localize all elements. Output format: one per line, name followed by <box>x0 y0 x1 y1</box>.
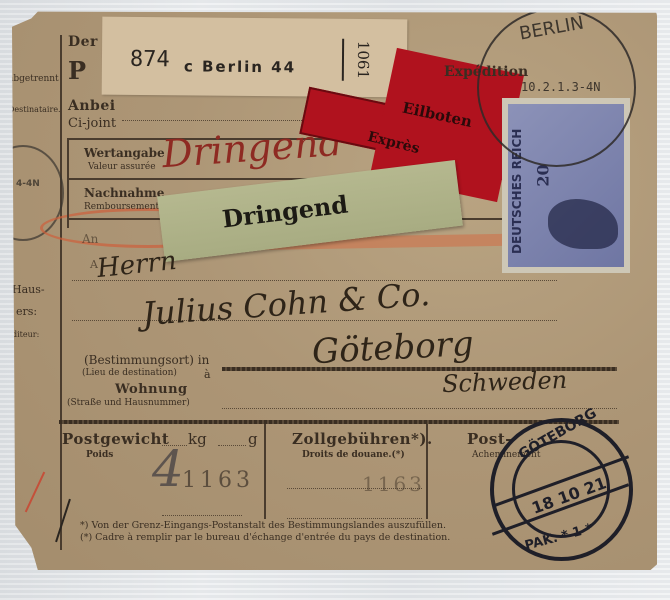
pen-stroke <box>55 499 71 542</box>
customs-label-fr: Droits de douane.(*) <box>302 450 405 460</box>
customs-value: 1163 <box>362 472 425 496</box>
parcel-card: abgetrennt Destinataire. Haus- ers: dite… <box>12 10 657 570</box>
value-label-fr: Valeur assurée <box>88 162 156 172</box>
recipient-name: Julius Cohn & Co. <box>141 275 431 333</box>
header-initial: P <box>68 56 87 85</box>
value-label: Wertangabe <box>84 146 165 160</box>
footnote-de: *) Von der Grenz-Eingangs-Postanstalt de… <box>80 520 446 531</box>
stamp-figure <box>548 199 618 249</box>
destination-label: (Bestimmungsort) in <box>84 353 209 367</box>
margin-label-haus: Haus- <box>12 283 45 296</box>
registration-label: 874 c Berlin 44 1061 <box>102 17 408 98</box>
annex-label-fr: Ci-joint <box>68 116 116 131</box>
registration-side-number: 1061 <box>354 41 372 79</box>
customs-label: Zollgebühren*). <box>292 430 433 448</box>
residence-sub: (Straße und Hausnummer) <box>67 398 190 408</box>
margin-label-abgetrennt: abgetrennt <box>8 74 59 84</box>
margin-label-destinataire: Destinataire. <box>8 105 61 114</box>
goteborg-postmark: GÖTEBORG 18 10 21 PAK. * 1 * <box>490 418 633 561</box>
stamp-value: 20 <box>534 164 553 186</box>
registration-office: c Berlin 44 <box>184 57 296 76</box>
registration-number: 874 <box>130 47 170 72</box>
destination-city: Göteborg <box>311 324 475 372</box>
cod-label: Nachnahme <box>84 186 164 200</box>
margin-label-diteur: diteur: <box>12 330 39 339</box>
annex-label: Anbei <box>68 98 116 114</box>
destination-country: Schweden <box>442 366 568 398</box>
weight-value: 1163 <box>182 468 254 493</box>
urgent-label-text: Dringend <box>221 189 350 233</box>
berlin-postmark: BERLIN 10.2.1.3-4N <box>477 8 636 167</box>
header-fragment: Der <box>68 34 98 50</box>
an-label: An <box>82 232 98 246</box>
margin-label-ers: ers: <box>16 305 37 318</box>
red-pen-stroke <box>25 472 45 513</box>
weight-scrawl: 4 <box>152 440 184 498</box>
residence-label: Wohnung <box>115 382 188 397</box>
express-label-de: Eilboten <box>401 99 474 131</box>
recipient-title: Herrn <box>96 246 178 284</box>
destination-label-fr: (Lieu de destination) <box>82 368 177 378</box>
cod-label-fr: Remboursement <box>84 202 159 212</box>
footnote-fr: (*) Cadre à remplir par le bureau d'écha… <box>80 532 450 543</box>
weight-label-fr: Poids <box>86 450 113 460</box>
